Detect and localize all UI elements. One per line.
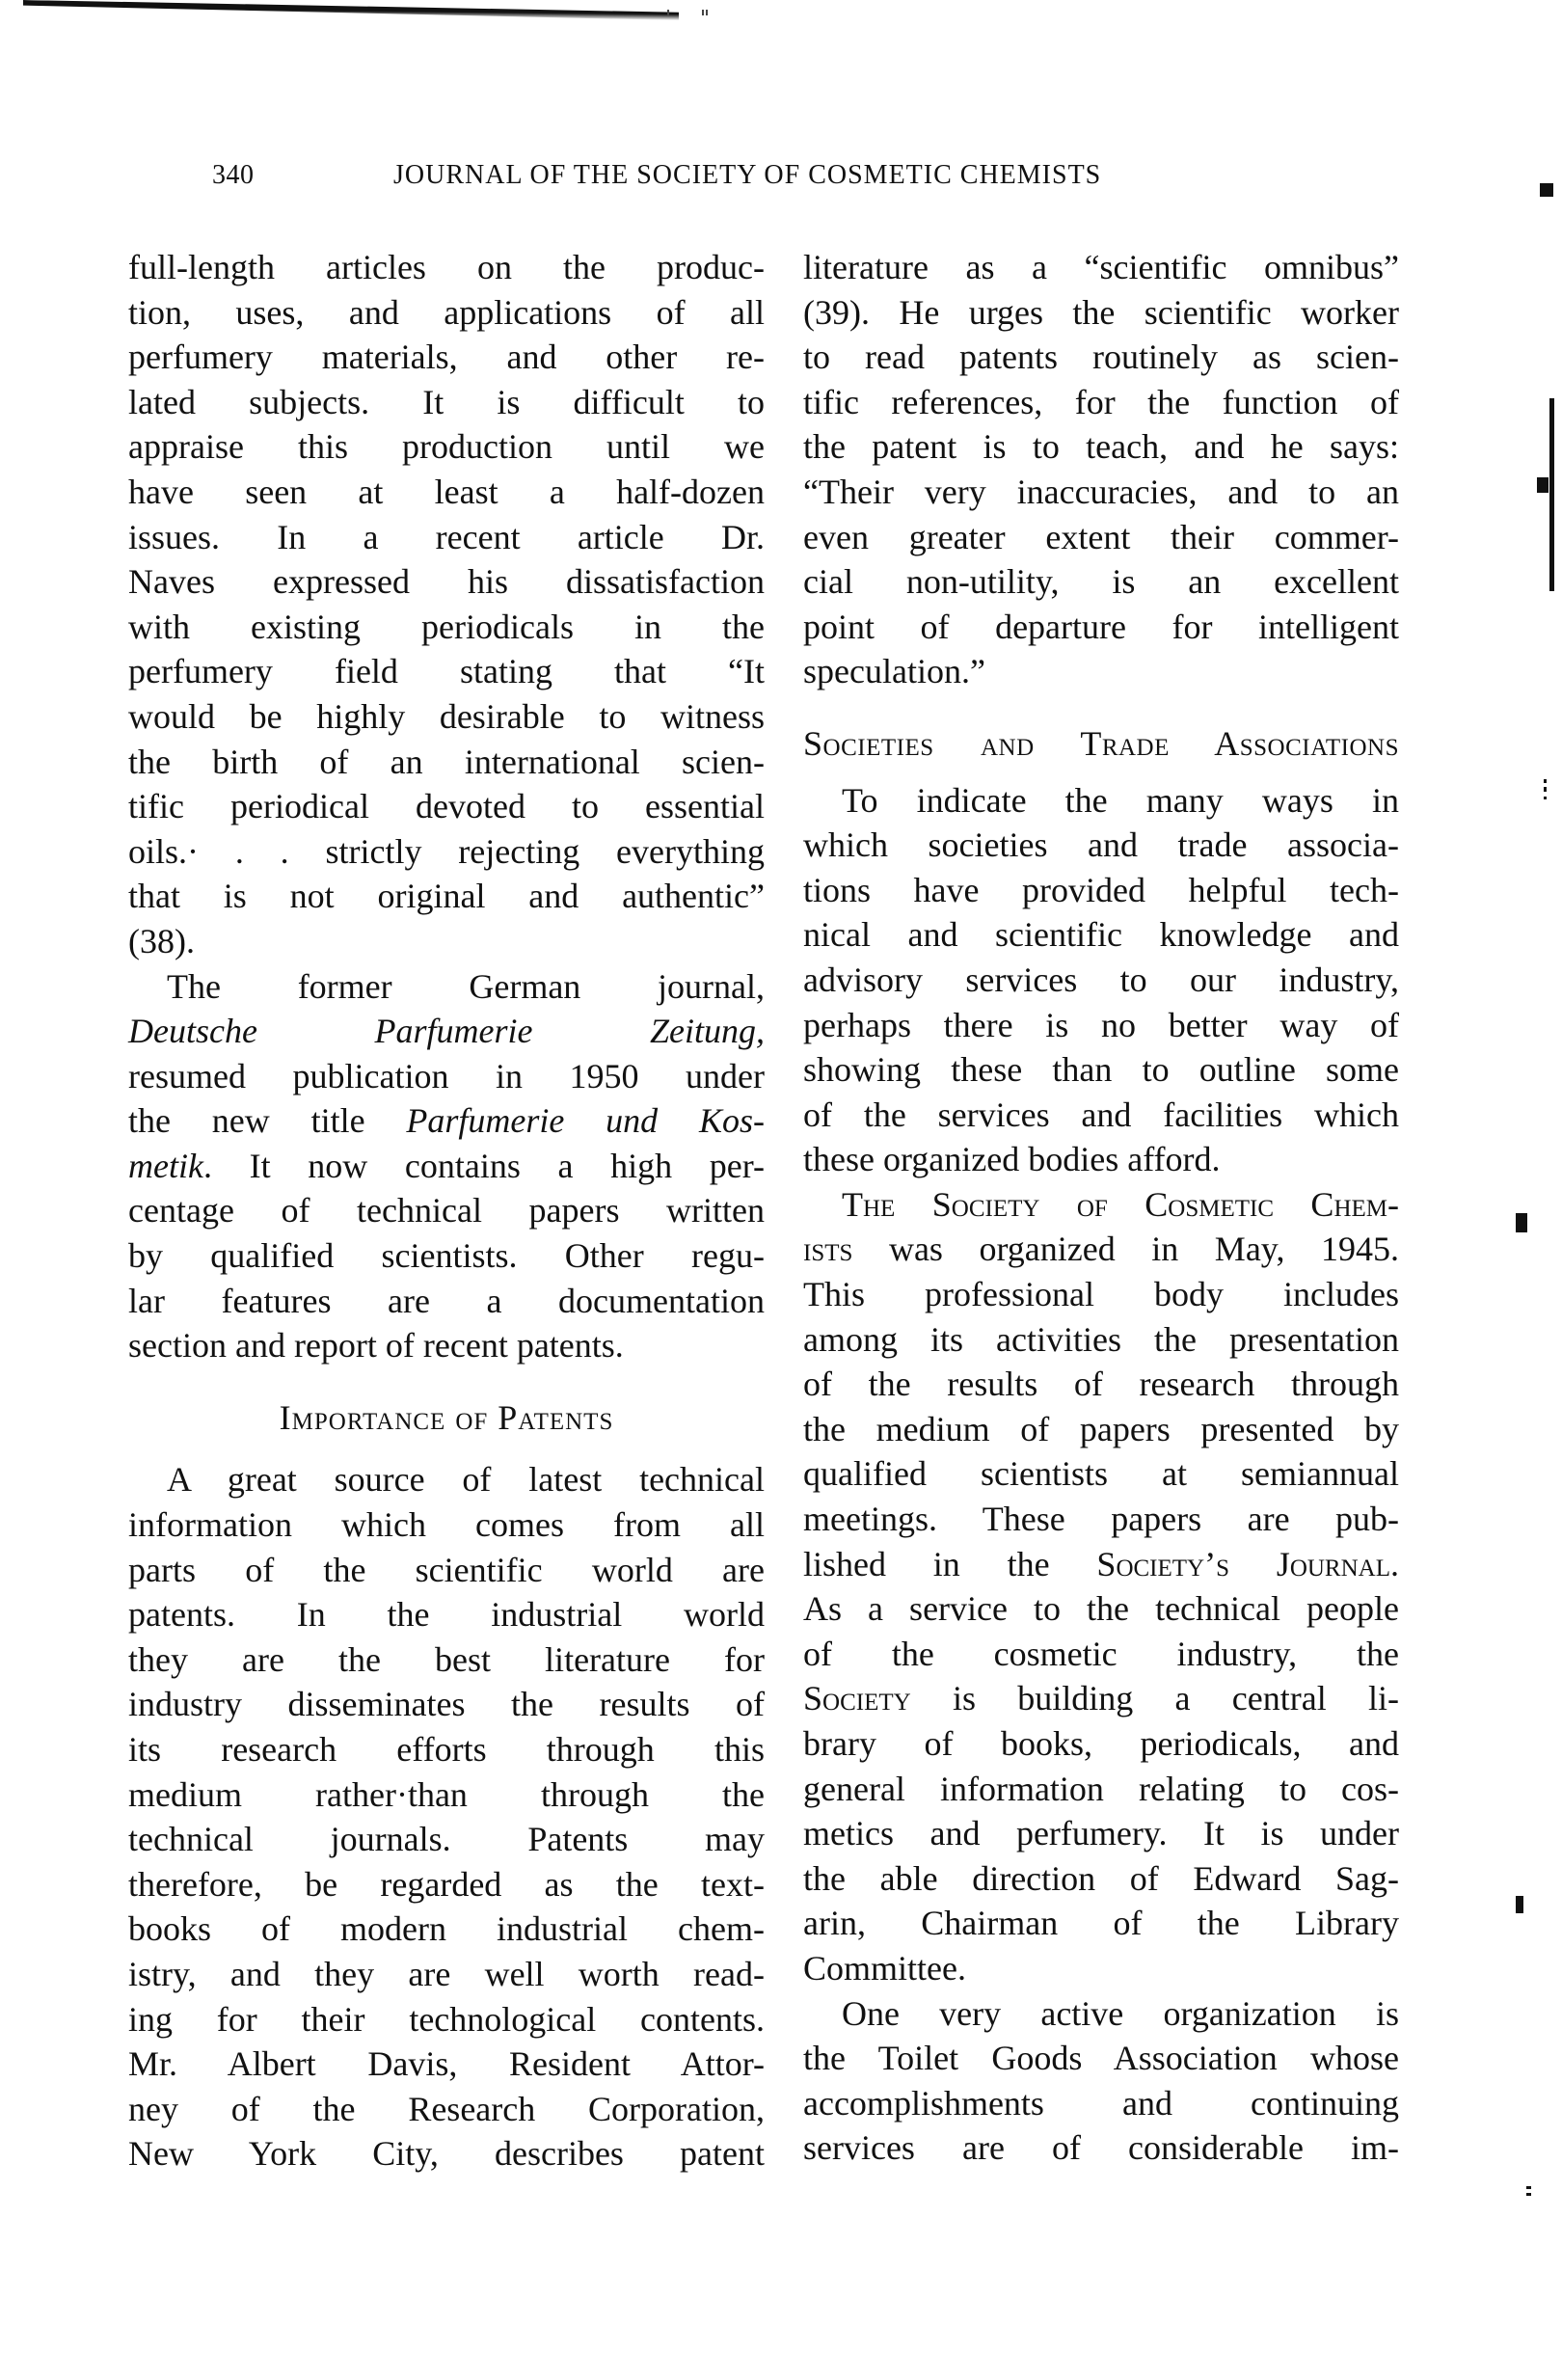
scan-artifact-blot: [1516, 1896, 1523, 1913]
text-line: these organized bodies afford.: [803, 1137, 1399, 1182]
text-line: its research efforts through this: [128, 1727, 765, 1772]
text-fragment: lished in the: [803, 1545, 1096, 1583]
scan-artifact-tick: [702, 10, 704, 15]
text-line: qualified scientists at semiannual: [803, 1451, 1399, 1497]
text-line: advisory services to our industry,: [803, 958, 1399, 1003]
text-line: general information relating to cos-: [803, 1767, 1399, 1812]
text-line: the Toilet Goods Association whose: [803, 2036, 1399, 2081]
text-line: patents. In the industrial world: [128, 1592, 765, 1637]
scan-artifact-dot: [1526, 2186, 1531, 2189]
text-line: tions have provided helpful tech-: [803, 868, 1399, 913]
text-line: tific references, for the function of: [803, 380, 1399, 425]
text-line: have seen at least a half-dozen: [128, 470, 765, 515]
scan-artifact-tick: [667, 10, 669, 15]
society-name-line: The Society of Cosmetic Chem-: [803, 1182, 1399, 1228]
text-line: full-length articles on the produc-: [128, 245, 765, 290]
small-caps-fragment: Society: [803, 1679, 911, 1717]
text-line: A great source of latest technical: [128, 1457, 765, 1502]
text-line: nical and scientific knowledge and: [803, 912, 1399, 958]
text-line: metik. It now contains a high per-: [128, 1144, 765, 1189]
text-line: of the cosmetic industry, the: [803, 1632, 1399, 1677]
text-line: perhaps there is no better way of: [803, 1003, 1399, 1048]
text-line: metics and perfumery. It is under: [803, 1811, 1399, 1856]
text-line: meetings. These papers are pub-: [803, 1497, 1399, 1542]
text-line: services are of considerable im-: [803, 2125, 1399, 2171]
text-line: with existing periodicals in the: [128, 605, 765, 650]
text-line: the patent is to teach, and he says:: [803, 424, 1399, 470]
small-caps-fragment: Journal.: [1277, 1545, 1399, 1583]
text-line: The former German journal,: [128, 964, 765, 1010]
text-line: appraise this production until we: [128, 424, 765, 470]
text-line: oils.· . . strictly rejecting everything: [128, 829, 765, 875]
text-line: lated subjects. It is difficult to: [128, 380, 765, 425]
right-column: literature as a “scientific omnibus” (39…: [803, 245, 1399, 2171]
text-line: books of modern industrial chem-: [128, 1907, 765, 1952]
text-line: would be highly desirable to witness: [128, 694, 765, 740]
text-line: lished in the Society’s Journal.: [803, 1542, 1399, 1587]
text-line: point of departure for intelligent: [803, 605, 1399, 650]
text-line: showing these than to outline some: [803, 1047, 1399, 1093]
section-heading-patents: Importance of Patents: [128, 1395, 765, 1441]
text-line: istry, and they are well worth read-: [128, 1952, 765, 1997]
text-line: ing for their technological contents.: [128, 1997, 765, 2042]
scan-artifact-blot: [1540, 183, 1553, 197]
text-line: industry disseminates the results of: [128, 1682, 765, 1727]
text-line: Committee.: [803, 1946, 1399, 1991]
scan-artifact-bar: [23, 0, 679, 20]
journal-name-line: Deutsche Parfumerie Zeitung,: [128, 1009, 765, 1054]
section-heading-societies: Societies and Trade Associations: [803, 721, 1399, 767]
text-line: (39). He urges the scientific worker: [803, 290, 1399, 336]
journal-title: JOURNAL OF THE SOCIETY OF COSMETIC CHEMI…: [393, 160, 1101, 191]
journal-name-italic: Parfumerie und Kos-: [406, 1101, 765, 1140]
text-line: resumed publication in 1950 under: [128, 1054, 765, 1099]
page-number: 340: [212, 160, 255, 191]
text-line: technical journals. Patents may: [128, 1817, 765, 1862]
text-line: Naves expressed his dissatisfaction: [128, 559, 765, 605]
text-line: speculation.”: [803, 649, 1399, 694]
text-line: perfumery materials, and other re-: [128, 335, 765, 380]
small-caps-fragment: ists: [803, 1230, 852, 1268]
text-line: brary of books, periodicals, and: [803, 1721, 1399, 1767]
text-line: Society is building a central li-: [803, 1676, 1399, 1721]
text-fragment: . It now contains a high per-: [203, 1147, 765, 1185]
scan-artifact-dot: [1544, 797, 1547, 799]
text-line: the new title Parfumerie und Kos-: [128, 1098, 765, 1144]
text-fragment: was organized in May, 1945.: [852, 1230, 1399, 1268]
text-line: parts of the scientific world are: [128, 1548, 765, 1593]
text-line: among its activities the presentation: [803, 1317, 1399, 1363]
journal-name-italic: Deutsche Parfumerie Zeitung,: [128, 1012, 765, 1050]
text-line: This professional body includes: [803, 1272, 1399, 1317]
text-line: centage of technical papers written: [128, 1188, 765, 1233]
text-line: One very active organization is: [803, 1991, 1399, 2037]
text-line: cial non-utility, is an excellent: [803, 559, 1399, 605]
text-line: information which comes from all: [128, 1502, 765, 1548]
text-line: To indicate the many ways in: [803, 778, 1399, 824]
text-fragment: the new title: [128, 1101, 365, 1140]
text-line: of the services and facilities which: [803, 1093, 1399, 1138]
text-line: lar features are a documentation: [128, 1279, 765, 1324]
text-line: the birth of an international scien-: [128, 740, 765, 785]
text-line: tion, uses, and applications of all: [128, 290, 765, 336]
text-line: New York City, describes patent: [128, 2131, 765, 2177]
scan-artifact-tick: [706, 10, 708, 15]
left-column: full-length articles on the produc- tion…: [128, 245, 765, 2177]
scan-artifact-blot: [1516, 1213, 1527, 1232]
text-line: issues. In a recent article Dr.: [128, 515, 765, 560]
text-line: even greater extent their commer-: [803, 515, 1399, 560]
scan-artifact-dot: [1544, 779, 1547, 783]
text-line: the able direction of Edward Sag-: [803, 1856, 1399, 1902]
text-line: by qualified scientists. Other regu-: [128, 1233, 765, 1279]
text-line: that is not original and authentic”: [128, 874, 765, 919]
text-line: perfumery field stating that “It: [128, 649, 765, 694]
text-line: the medium of papers presented by: [803, 1407, 1399, 1452]
text-line: section and report of recent patents.: [128, 1323, 765, 1368]
text-line: medium rather·than through the: [128, 1772, 765, 1818]
journal-name-italic: metik: [128, 1147, 203, 1185]
text-line: ists was organized in May, 1945.: [803, 1227, 1399, 1272]
text-line: to read patents routinely as scien-: [803, 335, 1399, 380]
text-fragment: [1229, 1545, 1277, 1583]
text-fragment: is building a central li-: [911, 1679, 1399, 1717]
scan-artifact-rule: [1549, 398, 1554, 591]
text-line: “Their very inaccuracies, and to an: [803, 470, 1399, 515]
text-line: of the results of research through: [803, 1362, 1399, 1407]
text-line: which societies and trade associa-: [803, 823, 1399, 868]
citation-line: (38).: [128, 919, 765, 964]
text-line: literature as a “scientific omnibus”: [803, 245, 1399, 290]
text-line: they are the best literature for: [128, 1637, 765, 1683]
text-line: Mr. Albert Davis, Resident Attor-: [128, 2042, 765, 2087]
scan-artifact-dot: [1526, 2193, 1531, 2196]
scan-artifact-dot: [1544, 787, 1547, 792]
small-caps-fragment: Society’s: [1096, 1545, 1229, 1583]
text-line: arin, Chairman of the Library: [803, 1901, 1399, 1946]
scan-artifact-blot: [1537, 477, 1549, 493]
text-line: ney of the Research Corporation,: [128, 2087, 765, 2132]
running-head: 340 JOURNAL OF THE SOCIETY OF COSMETIC C…: [0, 160, 1562, 199]
text-line: therefore, be regarded as the text-: [128, 1862, 765, 1907]
text-line: accomplishments and continuing: [803, 2081, 1399, 2126]
text-line: As a service to the technical people: [803, 1586, 1399, 1632]
text-line: tific periodical devoted to essential: [128, 784, 765, 829]
